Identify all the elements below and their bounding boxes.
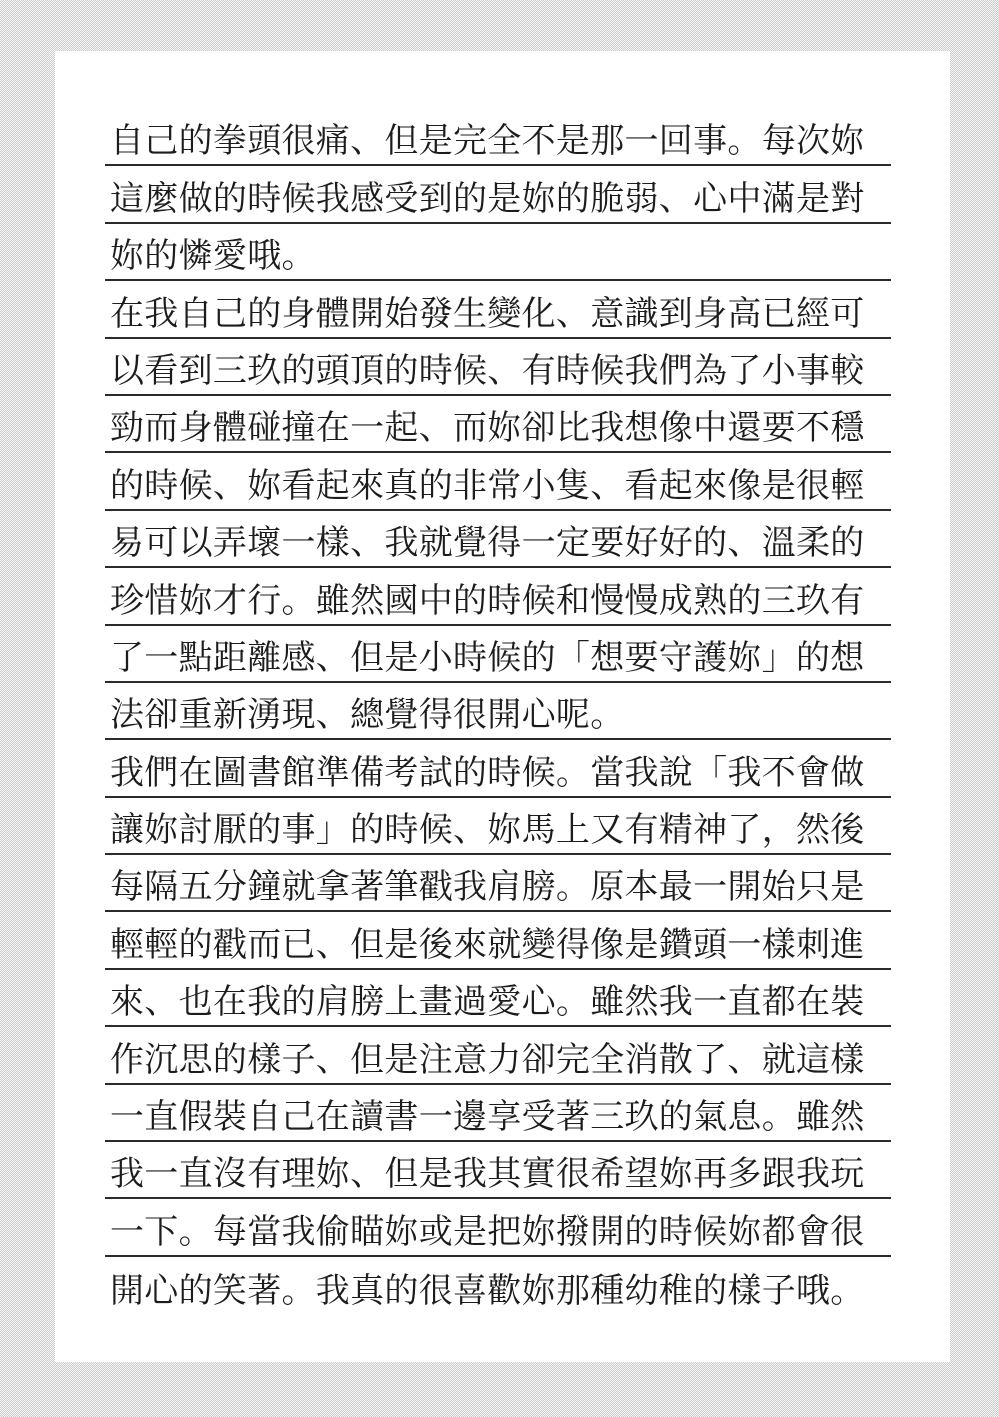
line-text: 這麼做的時候我感受到的是妳的脆弱、心中滿是對: [110, 182, 865, 216]
line-text: 了一點距離感、但是小時候的「想要守護妳」的想: [110, 641, 865, 675]
text-line: 每隔五分鐘就拿著筆戳我肩膀。原本最一開始只是: [105, 855, 891, 912]
line-text: 珍惜妳才行。雖然國中的時候和慢慢成熟的三玖有: [110, 584, 865, 618]
text-line: 易可以弄壞一樣、我就覺得一定要好好的、溫柔的: [105, 511, 891, 568]
line-text: 我一直沒有理妳、但是我其實很希望妳再多跟我玩: [110, 1157, 865, 1191]
text-line: 讓妳討厭的事」的時候、妳馬上又有精神了，然後: [105, 798, 891, 855]
line-text: 輕輕的戳而已、但是後來就變得像是鑽頭一樣刺進: [110, 928, 865, 962]
text-line: 一下。每當我偷瞄妳或是把妳撥開的時候妳都會很: [105, 1199, 891, 1256]
text-line: 珍惜妳才行。雖然國中的時候和慢慢成熟的三玖有: [105, 568, 891, 625]
text-line: 了一點距離感、但是小時候的「想要守護妳」的想: [105, 626, 891, 683]
text-line: 以看到三玖的頭頂的時候、有時候我們為了小事較: [105, 339, 891, 396]
line-text: 以看到三玖的頭頂的時候、有時候我們為了小事較: [110, 354, 865, 388]
line-text: 我們在圖書館準備考試的時候。當我說「我不會做: [110, 756, 865, 790]
line-text: 勁而身體碰撞在一起、而妳卻比我想像中還要不穩: [110, 411, 865, 445]
text-line: 我一直沒有理妳、但是我其實很希望妳再多跟我玩: [105, 1142, 891, 1199]
line-text: 妳的憐愛哦。: [110, 239, 316, 273]
text-line: 妳的憐愛哦。: [105, 224, 891, 281]
text-line: 輕輕的戳而已、但是後來就變得像是鑽頭一樣刺進: [105, 912, 891, 969]
text-line: 作沉思的樣子、但是注意力卻完全消散了、就這樣: [105, 1027, 891, 1084]
ruled-writing-area: 自己的拳頭很痛、但是完全不是那一回事。每次妳 這麼做的時候我感受到的是妳的脆弱、…: [105, 109, 891, 1314]
text-line: 在我自己的身體開始發生變化、意識到身高已經可: [105, 281, 891, 338]
line-text: 作沉思的樣子、但是注意力卻完全消散了、就這樣: [110, 1043, 865, 1077]
line-text: 法卻重新湧現、總覺得很開心呢。: [110, 698, 625, 732]
line-text: 開心的笑著。我真的很喜歡妳那種幼稚的樣子哦。: [110, 1274, 865, 1308]
text-line: 開心的笑著。我真的很喜歡妳那種幼稚的樣子哦。: [105, 1257, 891, 1314]
line-text: 的時候、妳看起來真的非常小隻、看起來像是很輕: [110, 469, 865, 503]
text-line: 一直假裝自己在讀書一邊享受著三玖的氣息。雖然: [105, 1085, 891, 1142]
letter-page: 自己的拳頭很痛、但是完全不是那一回事。每次妳 這麼做的時候我感受到的是妳的脆弱、…: [55, 51, 950, 1362]
line-text: 來、也在我的肩膀上畫過愛心。雖然我一直都在裝: [110, 985, 865, 1019]
text-line: 勁而身體碰撞在一起、而妳卻比我想像中還要不穩: [105, 396, 891, 453]
line-text: 易可以弄壞一樣、我就覺得一定要好好的、溫柔的: [110, 526, 865, 560]
text-line: 來、也在我的肩膀上畫過愛心。雖然我一直都在裝: [105, 970, 891, 1027]
text-line: 我們在圖書館準備考試的時候。當我說「我不會做: [105, 740, 891, 797]
scan-border: 自己的拳頭很痛、但是完全不是那一回事。每次妳 這麼做的時候我感受到的是妳的脆弱、…: [0, 0, 999, 1417]
text-line: 自己的拳頭很痛、但是完全不是那一回事。每次妳: [105, 109, 891, 166]
line-text: 自己的拳頭很痛、但是完全不是那一回事。每次妳: [110, 124, 865, 158]
line-text: 每隔五分鐘就拿著筆戳我肩膀。原本最一開始只是: [110, 870, 865, 904]
line-text: 在我自己的身體開始發生變化、意識到身高已經可: [110, 297, 865, 331]
line-text: 一直假裝自己在讀書一邊享受著三玖的氣息。雖然: [110, 1100, 865, 1134]
text-line: 的時候、妳看起來真的非常小隻、看起來像是很輕: [105, 453, 891, 510]
text-line: 法卻重新湧現、總覺得很開心呢。: [105, 683, 891, 740]
text-line: 這麼做的時候我感受到的是妳的脆弱、心中滿是對: [105, 166, 891, 223]
line-text: 一下。每當我偷瞄妳或是把妳撥開的時候妳都會很: [110, 1215, 865, 1249]
line-text: 讓妳討厭的事」的時候、妳馬上又有精神了，然後: [110, 813, 865, 847]
